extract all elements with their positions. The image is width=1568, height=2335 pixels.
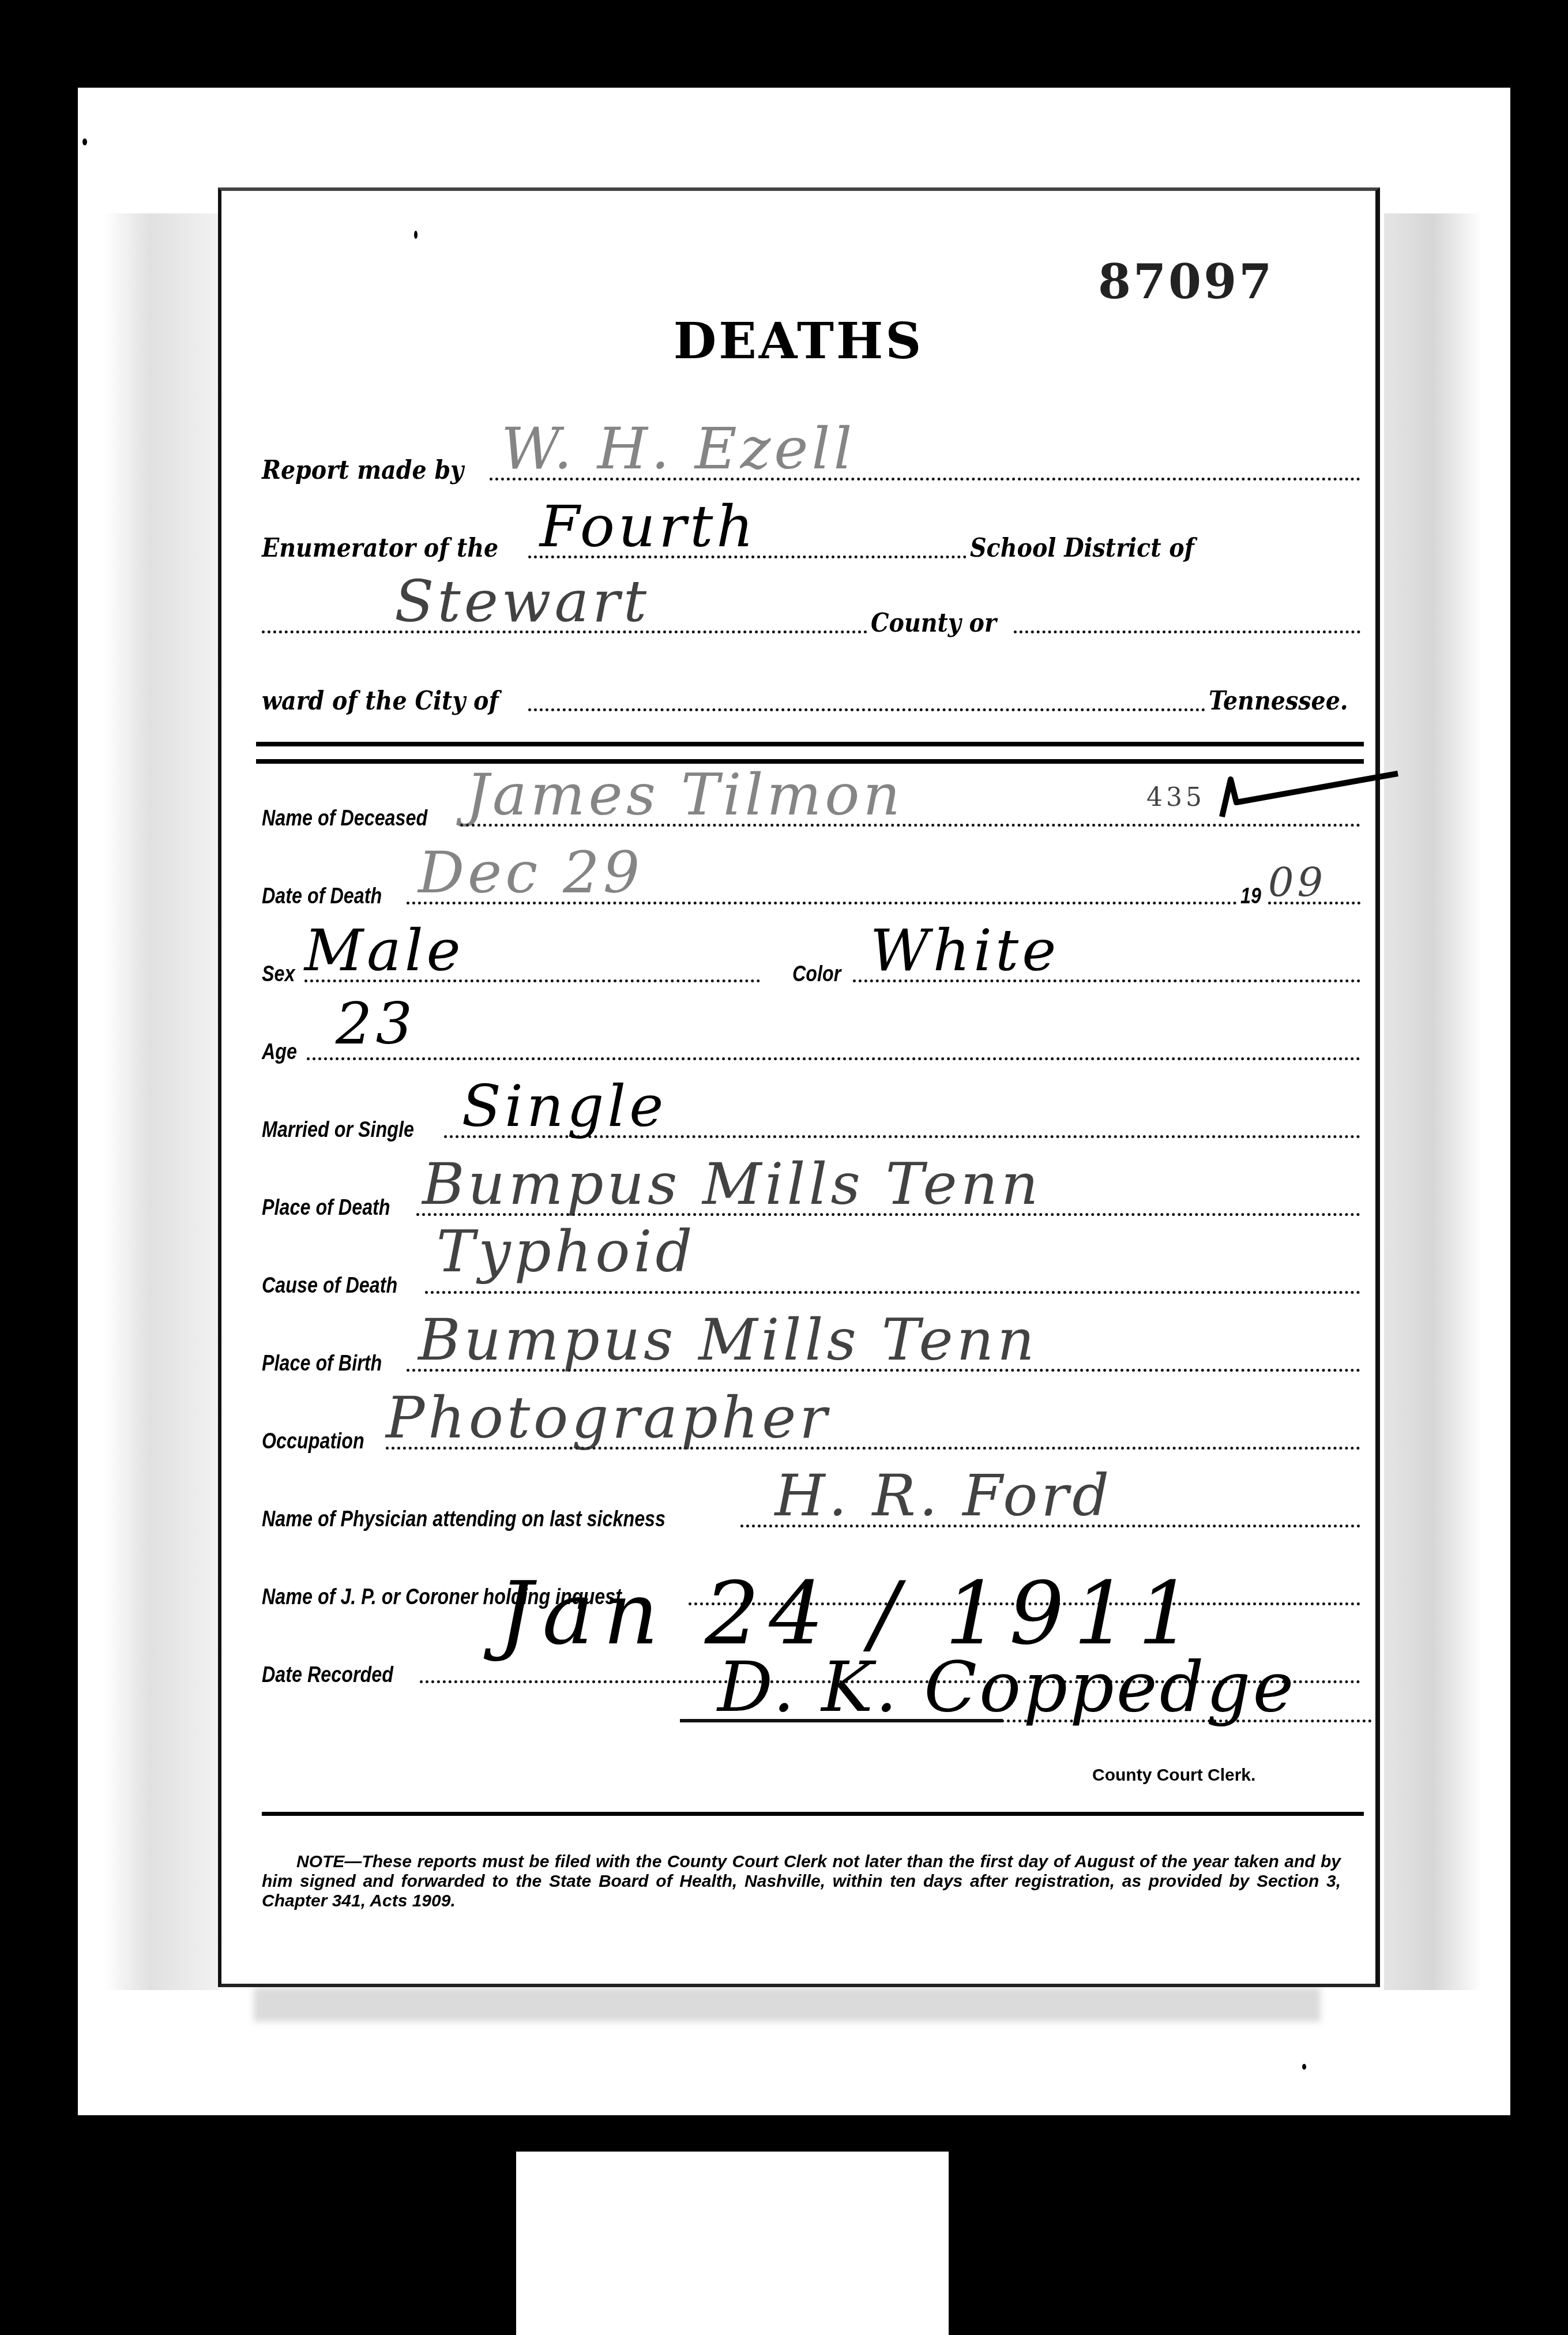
date-of-death-label: Date of Death <box>262 884 382 909</box>
document-title: DEATHS <box>221 312 1375 370</box>
speck <box>414 231 418 239</box>
ward-row: ward of the City of Tennessee. <box>262 675 1364 716</box>
date-of-death-value: Dec 29 <box>418 839 643 906</box>
married-or-single-field: Single <box>444 1133 1360 1138</box>
name-of-deceased-row: Name of Deceased James Tilmon 435 <box>262 791 1364 831</box>
school-district-label: School District of <box>970 534 1194 563</box>
filing-note: NOTE—These reports must be filed with th… <box>262 1852 1341 1911</box>
physician-field: H. R. Ford <box>740 1522 1360 1527</box>
annotation-number: 435 <box>1146 783 1205 812</box>
speck <box>82 138 87 145</box>
physician-label: Name of Physician attending on last sick… <box>262 1507 665 1532</box>
age-field: 23 <box>307 1055 1360 1060</box>
place-of-death-field: Bumpus Mills Tenn <box>416 1211 1360 1216</box>
date-of-death-field: Dec 29 <box>407 899 1237 904</box>
age-row: Age 23 <box>262 1024 1364 1065</box>
enumerator-value: Fourth <box>540 493 757 560</box>
name-of-deceased-value: James Tilmon <box>466 761 904 828</box>
occupation-field: Photographer <box>386 1444 1360 1450</box>
county-or-field <box>1014 628 1360 633</box>
place-of-birth-row: Place of Birth Bumpus Mills Tenn <box>262 1336 1364 1376</box>
date-recorded-label: Date Recorded <box>262 1663 393 1688</box>
sex-label: Sex <box>262 962 295 987</box>
place-of-birth-label: Place of Birth <box>262 1352 382 1376</box>
report-made-by-row: Report made by W. H. Ezell <box>262 445 1364 485</box>
serial-number: 87097 <box>1098 254 1274 310</box>
place-of-birth-value: Bumpus Mills Tenn <box>418 1306 1038 1373</box>
enumerator-row: Enumerator of the Fourth School District… <box>262 523 1364 563</box>
death-record-card: 87097 DEATHS Report made by W. H. Ezell … <box>218 187 1380 1987</box>
age-value: 23 <box>336 990 416 1057</box>
note-divider <box>262 1812 1364 1816</box>
place-of-death-value: Bumpus Mills Tenn <box>422 1150 1042 1218</box>
county-value: Stewart <box>394 568 650 635</box>
place-of-death-label: Place of Death <box>262 1196 390 1221</box>
county-label: County or <box>871 609 997 638</box>
report-made-by-label: Report made by <box>262 456 464 485</box>
name-of-deceased-label: Name of Deceased <box>262 806 427 831</box>
color-field: White <box>853 977 1360 982</box>
check-mark-icon <box>1216 771 1401 823</box>
state-label: Tennessee. <box>1209 686 1348 716</box>
sex-field: Male <box>304 977 760 982</box>
paper-shadow-left <box>104 213 219 1990</box>
married-or-single-value: Single <box>461 1072 667 1140</box>
scan-tab-label <box>516 2152 949 2335</box>
clerk-signature: D. K. Coppedge <box>717 1647 1296 1728</box>
cause-of-death-row: Cause of Death Typhoid <box>262 1258 1364 1298</box>
date-of-death-row: Date of Death Dec 29 19 09 <box>262 869 1364 909</box>
physician-row: Name of Physician attending on last sick… <box>262 1492 1364 1532</box>
ward-field <box>528 706 1205 711</box>
report-made-by-field: W. H. Ezell <box>490 475 1360 480</box>
county-row: Stewart County or <box>262 598 1364 638</box>
married-or-single-label: Married or Single <box>262 1118 414 1143</box>
color-value: White <box>870 917 1060 984</box>
enumerator-field: Fourth <box>528 553 967 558</box>
report-made-by-value: W. H. Ezell <box>501 415 856 482</box>
color-label: Color <box>792 962 841 987</box>
date-of-death-year-suffix: 09 <box>1268 859 1326 906</box>
sex-value: Male <box>304 917 464 984</box>
occupation-value: Photographer <box>386 1384 830 1451</box>
cause-of-death-label: Cause of Death <box>262 1274 397 1298</box>
paper-shadow-bottom <box>254 1987 1321 2022</box>
age-label: Age <box>262 1040 297 1065</box>
occupation-label: Occupation <box>262 1429 364 1454</box>
date-of-death-year-field: 09 <box>1268 899 1360 904</box>
enumerator-label: Enumerator of the <box>262 534 498 563</box>
speck <box>1302 2064 1306 2070</box>
ward-label: ward of the City of <box>262 686 498 716</box>
cause-of-death-value: Typhoid <box>437 1218 696 1285</box>
paper-shadow-right <box>1384 213 1482 1990</box>
date-of-death-year-prefix: 19 <box>1240 884 1261 909</box>
physician-value: H. R. Ford <box>775 1462 1113 1529</box>
married-or-single-row: Married or Single Single <box>262 1102 1364 1143</box>
place-of-death-row: Place of Death Bumpus Mills Tenn <box>262 1180 1364 1221</box>
cause-of-death-field: Typhoid <box>425 1289 1360 1294</box>
occupation-row: Occupation Photographer <box>262 1414 1364 1454</box>
county-field: Stewart <box>262 628 867 633</box>
place-of-birth-field: Bumpus Mills Tenn <box>407 1367 1360 1372</box>
sex-color-row: Sex Male Color White <box>262 947 1364 987</box>
clerk-label: County Court Clerk. <box>1092 1766 1255 1785</box>
